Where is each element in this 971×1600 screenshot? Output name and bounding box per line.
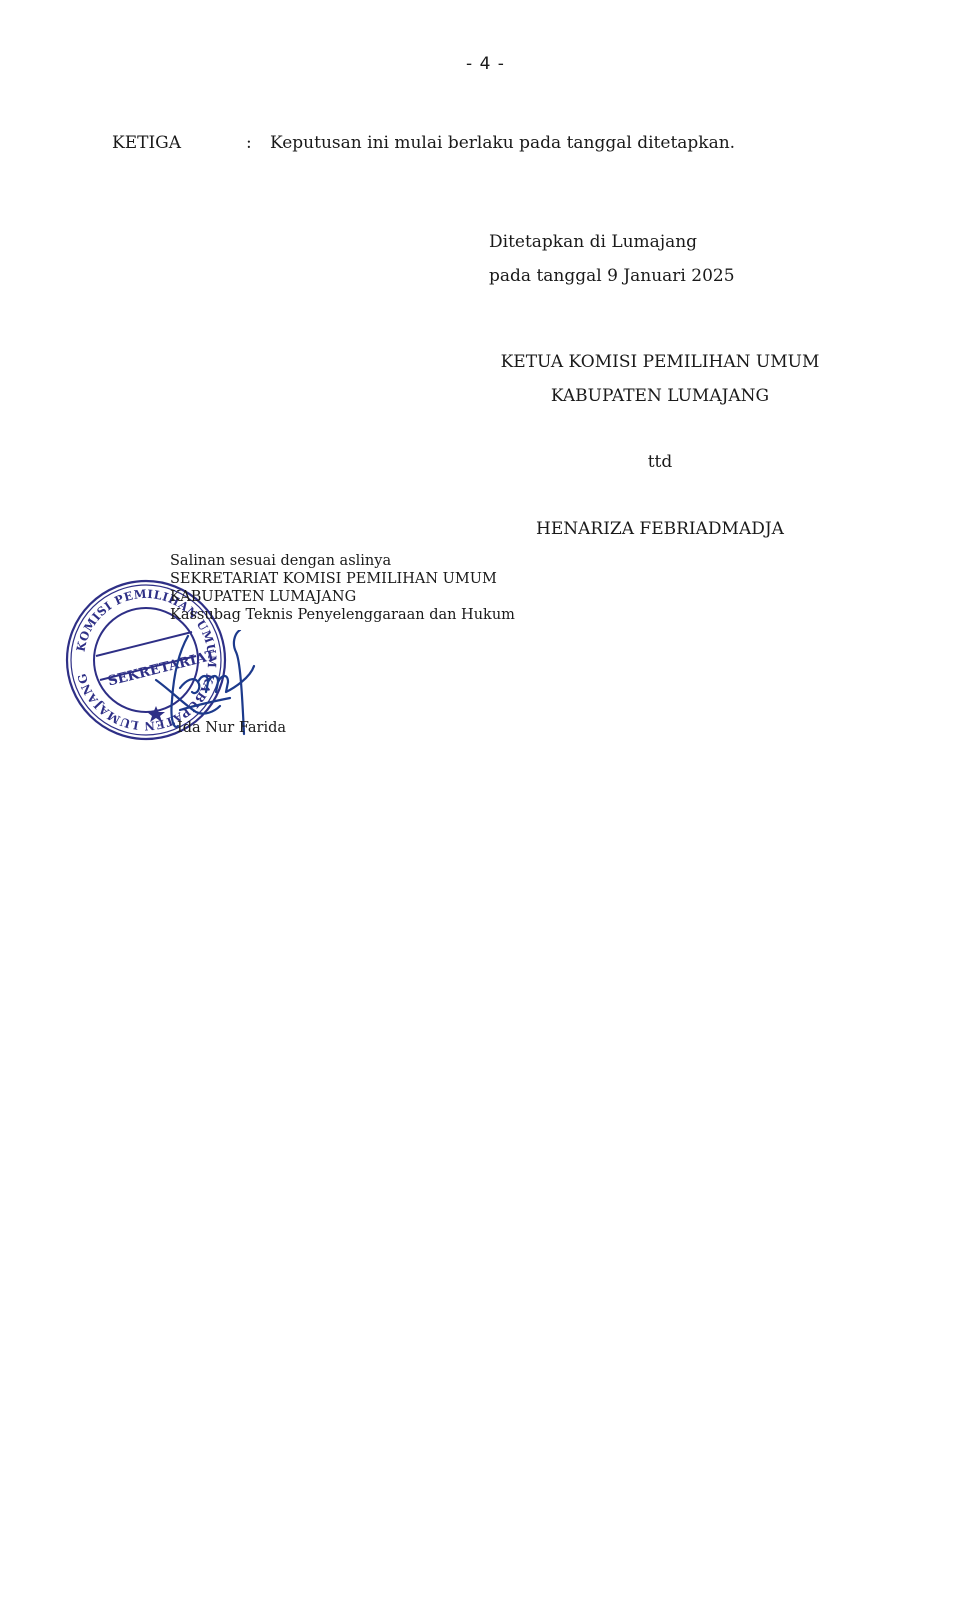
certified-copy-signer-name: Ida Nur Farida <box>177 720 286 736</box>
enactment-date: pada tanggal 9 Januari 2025 <box>489 266 735 286</box>
enactment-place: Ditetapkan di Lumajang <box>489 232 697 252</box>
clause-label: KETIGA <box>112 133 181 153</box>
certified-copy-line-2: SEKRETARIAT KOMISI PEMILIHAN UMUM <box>170 570 497 588</box>
certified-copy-line-3: KABUPATEN LUMAJANG <box>170 588 356 606</box>
certified-copy-line-1: Salinan sesuai dengan aslinya <box>170 552 391 570</box>
clause-separator: : <box>246 133 252 153</box>
signed-mark: ttd <box>480 452 840 472</box>
signatory-name: HENARIZA FEBRIADMADJA <box>480 519 840 539</box>
certified-copy-line-4: Kassubag Teknis Penyelenggaraan dan Huku… <box>170 606 515 624</box>
clause-text: Keputusan ini mulai berlaku pada tanggal… <box>270 133 735 153</box>
signatory-title-line-1: KETUA KOMISI PEMILIHAN UMUM <box>480 352 840 372</box>
signatory-title-line-2: KABUPATEN LUMAJANG <box>480 386 840 406</box>
page-number: - 4 - <box>0 54 971 74</box>
